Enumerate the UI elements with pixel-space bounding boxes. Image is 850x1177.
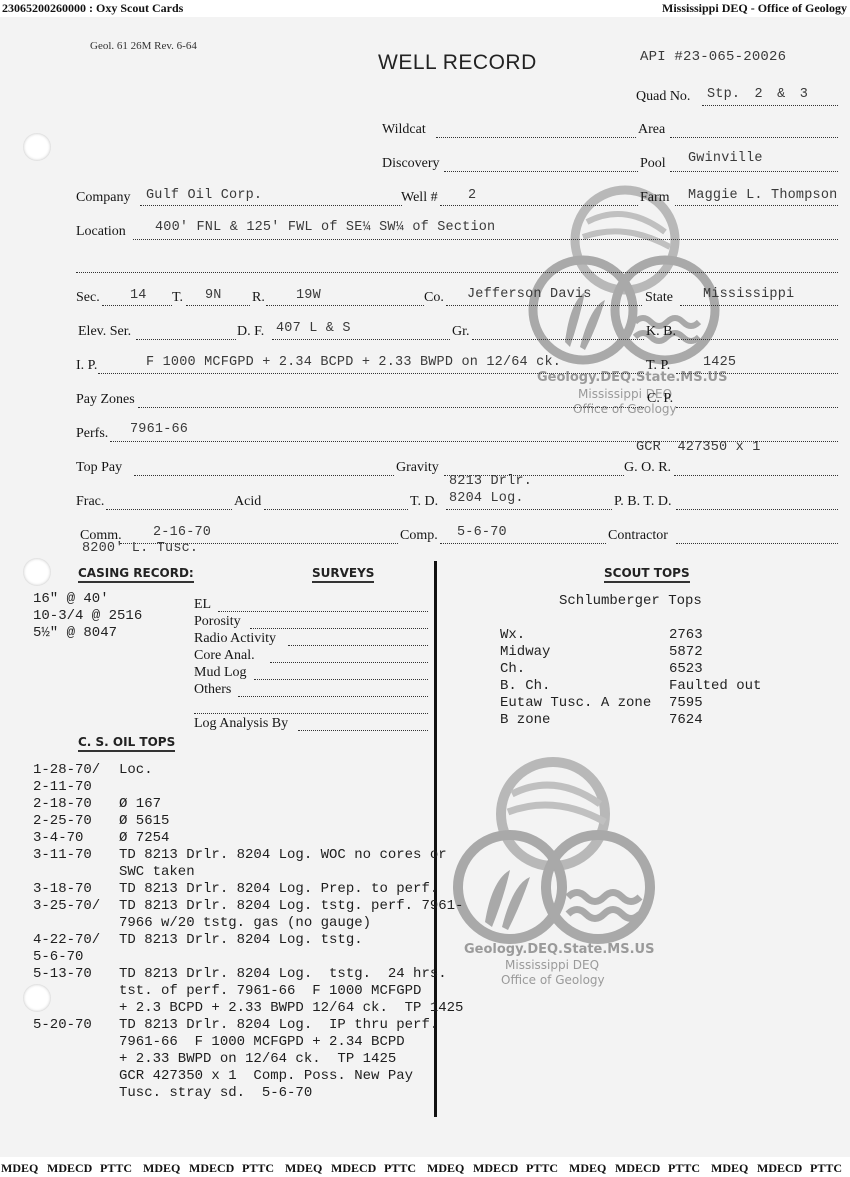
pay-zones-label: Pay Zones [76,392,135,408]
well-no-label: Well # [401,190,438,206]
footer-item: MDEQ [1,1161,38,1176]
county-label: Co. [424,290,444,306]
sec-value: 14 [130,288,147,303]
oil-tops-date: 5-13-70 [33,966,92,983]
frac-label: Frac. [76,494,104,510]
gravity-label: Gravity [396,460,439,476]
footer-item: PTTC [526,1161,558,1176]
surveys-heading: SURVEYS [312,566,374,583]
oil-tops-date: 5-6-70 [33,949,83,966]
oil-tops-text: Tusc. stray sd. 5-6-70 [119,1085,312,1102]
pool-value: Gwinville [688,151,763,166]
footer-item: PTTC [242,1161,274,1176]
pool-label: Pool [640,156,666,172]
oil-tops-text: + 2.3 BCPD + 2.33 BWPD 12/64 ck. TP 1425 [119,1000,463,1017]
gcr-note: GCR 427350 x 1 [636,440,761,455]
punch-hole [23,558,51,586]
watermark-office: Office of Geology [501,973,605,987]
discovery-label: Discovery [382,156,440,172]
well-no-value: 2 [468,188,476,203]
location-value: 400' FNL & 125' FWL of SE¼ SW¼ of Sectio… [155,220,495,235]
quad-no-value: Stp. 2 & 3 [707,87,808,102]
scout-top-value: 7595 [669,695,703,711]
top-pay-label: Top Pay [76,460,122,476]
agency-title: Mississippi DEQ - Office of Geology [662,1,847,16]
oil-tops-text: Ø 167 [119,796,161,813]
casing-item: 16" @ 40' [33,591,109,607]
scout-top-name: B. Ch. [500,678,550,694]
oil-tops-date: 5-20-70 [33,1017,92,1034]
scout-top-value: 5872 [669,644,703,660]
td-drlr-value: 8213 Drlr. [449,474,532,489]
footer-item: MDEQ [427,1161,464,1176]
oil-tops-text: TD 8213 Drlr. 8204 Log. tstg. [119,932,363,949]
comp-value: 5-6-70 [457,525,507,540]
tp-label: T. P. [646,358,670,374]
scout-top-name: Midway [500,644,550,660]
oil-tops-text: SWC taken [119,864,195,881]
oil-tops-date: 2-18-70 [33,796,92,813]
survey-mud-log: Mud Log [194,665,247,681]
oil-tops-date: 3-18-70 [33,881,92,898]
mdeq-logo-watermark-icon [450,752,660,952]
location-label: Location [76,224,126,240]
comp-label: Comp. [400,528,438,544]
casing-item: 5½" @ 8047 [33,625,117,641]
county-value: Jefferson Davis [467,287,592,302]
footer-item: MDECD [331,1161,376,1176]
footer-item: PTTC [384,1161,416,1176]
footer-item: MDECD [615,1161,660,1176]
range-value: 19W [296,288,321,303]
oil-tops-text: + 2.33 BWPD on 12/64 ck. TP 1425 [119,1051,396,1068]
comm-note: 8200' L. Tusc. [82,541,198,556]
footer-item: MDEQ [711,1161,748,1176]
survey-el: EL [194,597,211,613]
well-record-card: Geology.DEQ.State.MS.US Mississippi DEQ … [0,17,850,1157]
company-label: Company [76,190,130,206]
footer-item: MDECD [757,1161,802,1176]
oil-tops-date: 4-22-70/ [33,932,100,949]
oil-tops-date: 3-4-70 [33,830,83,847]
kb-label: K. B. [646,324,676,340]
tp-value: 1425 [703,355,736,370]
footer-item: PTTC [810,1161,842,1176]
survey-log-analysis-by: Log Analysis By [194,716,288,732]
oil-tops-text: Ø 7254 [119,830,169,847]
scout-top-name: Wx. [500,627,525,643]
survey-core-anal: Core Anal. [194,648,255,664]
footer-item: MDEQ [143,1161,180,1176]
perfs-value: 7961-66 [130,422,188,437]
acid-label: Acid [234,494,261,510]
state-value: Mississippi [703,287,794,302]
oil-tops-text: GCR 427350 x 1 Comp. Poss. New Pay [119,1068,413,1085]
survey-others: Others [194,682,231,698]
contractor-label: Contractor [608,528,668,544]
cp-label: C. P. [647,391,673,407]
form-number: Geol. 61 26M Rev. 6-64 [90,40,197,52]
company-value: Gulf Oil Corp. [146,188,262,203]
scout-top-name: Eutaw Tusc. A zone [500,695,651,711]
watermark-url: Geology.DEQ.State.MS.US [464,942,654,957]
ip-label: I. P. [76,358,97,374]
page-header: 23065200260000 : Oxy Scout Cards Mississ… [0,0,850,17]
td-label: T. D. [410,494,438,510]
footer-item: MDECD [473,1161,518,1176]
td-value: 8204 Log. [449,491,524,506]
df-label: D. F. [237,324,264,340]
footer-item: MDEQ [285,1161,322,1176]
mdeq-logo-watermark-icon [525,182,725,372]
area-label: Area [638,122,665,138]
comm-value: 2-16-70 [153,525,211,540]
scout-tops-heading: SCOUT TOPS [604,566,690,583]
oil-tops-text: 7961-66 F 1000 MCFGPD + 2.34 BCPD [119,1034,405,1051]
oil-tops-date: 3-25-70/ [33,898,100,915]
oil-tops-text: TD 8213 Drlr. 8204 Log. tstg. 24 hrs. [119,966,447,983]
watermark-agency: Mississippi DEQ [505,958,599,972]
township-value: 9N [205,288,222,303]
scout-top-value: 2763 [669,627,703,643]
perfs-label: Perfs. [76,426,108,442]
range-label: R. [252,290,265,306]
survey-radio-activity: Radio Activity [194,631,276,647]
oil-tops-text: tst. of perf. 7961-66 F 1000 MCFGPD [119,983,421,1000]
wildcat-label: Wildcat [382,122,426,138]
oil-tops-text: TD 8213 Drlr. 8204 Log. tstg. perf. 7961… [119,898,463,915]
punch-hole [23,133,51,161]
farm-value: Maggie L. Thompson [688,188,837,203]
oil-tops-text: TD 8213 Drlr. 8204 Log. IP thru perf. [119,1017,438,1034]
footer-item: PTTC [100,1161,132,1176]
footer-item: MDECD [47,1161,92,1176]
survey-porosity: Porosity [194,614,241,630]
sec-label: Sec. [76,290,100,306]
footer-item: MDEQ [569,1161,606,1176]
oil-tops-text: Loc. [119,762,153,779]
oil-tops-text: TD 8213 Drlr. 8204 Log. WOC no cores or [119,847,447,864]
oil-tops-date: 1-28-70/ [33,762,100,779]
state-label: State [645,290,673,306]
scout-top-value: 6523 [669,661,703,677]
punch-hole [23,984,51,1012]
record-id-title: 23065200260000 : Oxy Scout Cards [2,1,183,16]
scout-top-name: B zone [500,712,550,728]
township-label: T. [172,290,183,306]
footer-item: MDECD [189,1161,234,1176]
quad-no-label: Quad No. [636,89,690,105]
oil-tops-date: 2-11-70 [33,779,92,796]
oil-tops-date: 3-11-70 [33,847,92,864]
elev-ser-label: Elev. Ser. [78,324,131,340]
oil-tops-text: Ø 5615 [119,813,169,830]
df-value: 407 L & S [276,321,351,336]
farm-label: Farm [640,190,670,206]
oil-tops-date: 2-25-70 [33,813,92,830]
scout-top-value: 7624 [669,712,703,728]
gr-label: Gr. [452,324,470,340]
footer-item: PTTC [668,1161,700,1176]
page-footer: MDEQ MDECD PTTC MDEQ MDECD PTTC MDEQ MDE… [0,1158,850,1177]
oil-tops-heading: C. S. OIL TOPS [78,735,175,752]
page-title: WELL RECORD [378,51,537,75]
api-number: API #23-065-20026 [640,49,786,65]
scout-top-name: Ch. [500,661,525,677]
oil-tops-text: 7966 w/20 tstg. gas (no gauge) [119,915,371,932]
casing-record-heading: CASING RECORD: [78,566,194,583]
pbtd-label: P. B. T. D. [614,494,671,510]
oil-tops-text: TD 8213 Drlr. 8204 Log. Prep. to perf. [119,881,438,898]
casing-item: 10-3/4 @ 2516 [33,608,142,624]
gor-label: G. O. R. [624,460,671,476]
scout-tops-subheading: Schlumberger Tops [559,593,702,609]
ip-value: F 1000 MCFGPD + 2.34 BCPD + 2.33 BWPD on… [146,355,561,370]
scout-top-value: Faulted out [669,678,761,694]
